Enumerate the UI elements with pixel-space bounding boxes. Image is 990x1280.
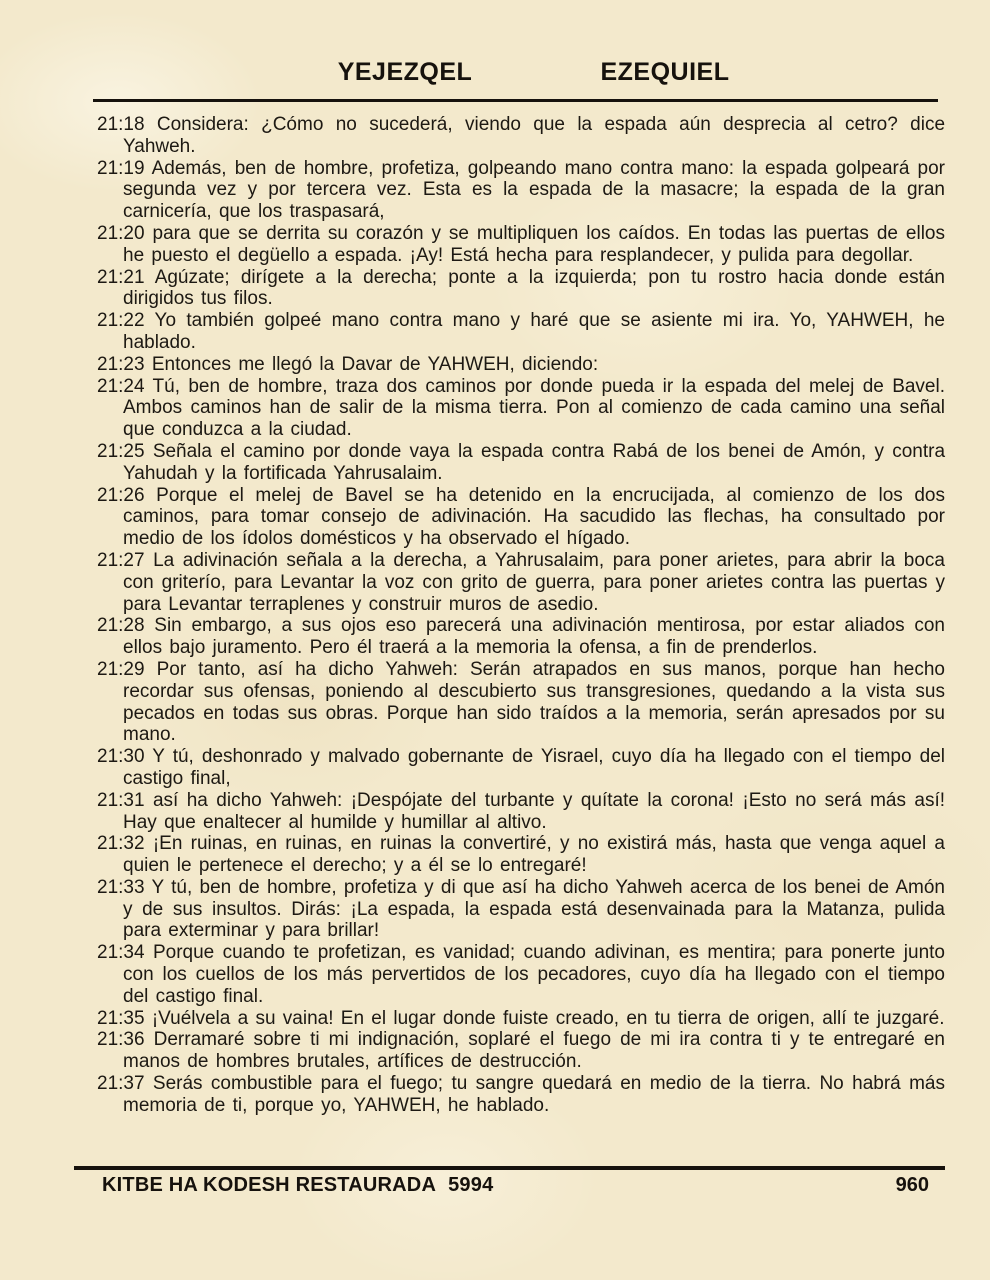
verse-number: 21:29 — [97, 659, 145, 680]
verse: 21:33 Y tú, ben de hombre, profetiza y d… — [97, 877, 945, 942]
verse-number: 21:31 — [97, 790, 145, 811]
verse-text: La adivinación señala a la derecha, a Ya… — [123, 550, 945, 615]
verse-number: 21:26 — [97, 485, 145, 506]
verse-text: ¡Vuélvela a su vaina! En el lugar donde … — [152, 1008, 945, 1029]
verse-text: Y tú, ben de hombre, profetiza y di que … — [123, 877, 945, 942]
footer-year: 5994 — [448, 1174, 493, 1196]
verse: 21:23 Entonces me llegó la Davar de YAHW… — [97, 354, 945, 376]
verse-text: así ha dicho Yahweh: ¡Despójate del turb… — [123, 790, 945, 833]
verse: 21:21 Agúzate; dirígete a la derecha; po… — [97, 267, 945, 311]
verse-text: Considera: ¿Cómo no sucederá, viendo que… — [123, 114, 945, 157]
verse-number: 21:19 — [97, 158, 145, 179]
verse-number: 21:24 — [97, 376, 145, 397]
verse-number: 21:21 — [97, 267, 145, 288]
verse-number: 21:23 — [97, 354, 145, 375]
verse-text: Por tanto, así ha dicho Yahweh: Serán at… — [123, 659, 945, 745]
verse: 21:34 Porque cuando te profetizan, es va… — [97, 942, 945, 1007]
verse-number: 21:27 — [97, 550, 145, 571]
header-rule — [93, 99, 938, 102]
verse-number: 21:36 — [97, 1029, 145, 1050]
verse: 21:24 Tú, ben de hombre, traza dos camin… — [97, 376, 945, 441]
verse: 21:20 para que se derrita su corazón y s… — [97, 223, 945, 267]
verse-number: 21:33 — [97, 877, 145, 898]
book-title-text: KITBE HA KODESH RESTAURADA — [102, 1174, 436, 1196]
verse: 21:29 Por tanto, así ha dicho Yahweh: Se… — [97, 659, 945, 746]
verse: 21:18 Considera: ¿Cómo no sucederá, vien… — [97, 114, 945, 158]
verse-text: Sin embargo, a sus ojos eso parecerá una… — [123, 615, 945, 658]
verse-number: 21:20 — [97, 223, 145, 244]
verse-number: 21:28 — [97, 615, 145, 636]
verse-text: ¡En ruinas, en ruinas, en ruinas la conv… — [123, 833, 945, 876]
verse-text: para que se derrita su corazón y se mult… — [123, 223, 945, 266]
verse-text-block: 21:18 Considera: ¿Cómo no sucederá, vien… — [97, 114, 945, 1117]
verse-number: 21:18 — [97, 114, 145, 135]
verse-text: Porque el melej de Bavel se ha detenido … — [123, 485, 945, 550]
verse: 21:31 así ha dicho Yahweh: ¡Despójate de… — [97, 790, 945, 834]
verse-text: Además, ben de hombre, profetiza, golpea… — [123, 158, 945, 223]
verse-number: 21:30 — [97, 746, 145, 767]
verse: 21:19 Además, ben de hombre, profetiza, … — [97, 158, 945, 223]
verse: 21:32 ¡En ruinas, en ruinas, en ruinas l… — [97, 833, 945, 877]
footer-book-title: KITBE HA KODESH RESTAURADA5994 — [74, 1174, 493, 1197]
verse-number: 21:25 — [97, 441, 145, 462]
verse-number: 21:35 — [97, 1008, 145, 1029]
verse: 21:28 Sin embargo, a sus ojos eso parece… — [97, 615, 945, 659]
verse-number: 21:22 — [97, 310, 145, 331]
verse-number: 21:34 — [97, 942, 145, 963]
verse: 21:26 Porque el melej de Bavel se ha det… — [97, 485, 945, 550]
verse-number: 21:32 — [97, 833, 145, 854]
verse: 21:36 Derramaré sobre ti mi indignación,… — [97, 1029, 945, 1073]
verse-text: Derramaré sobre ti mi indignación, sopla… — [123, 1029, 945, 1072]
verse-text: Señala el camino por donde vaya la espad… — [123, 441, 945, 484]
verse-text: Tú, ben de hombre, traza dos caminos por… — [123, 376, 945, 441]
verse: 21:22 Yo también golpeé mano contra mano… — [97, 310, 945, 354]
verse-text: Agúzate; dirígete a la derecha; ponte a … — [123, 267, 945, 310]
page-footer: KITBE HA KODESH RESTAURADA5994 960 — [74, 1174, 945, 1197]
page-header: YEJEZQEL EZEQUIEL — [95, 58, 945, 92]
verse: 21:30 Y tú, deshonrado y malvado goberna… — [97, 746, 945, 790]
page-title-transliterated: YEJEZQEL — [305, 58, 505, 87]
footer-rule — [74, 1166, 945, 1170]
verse-text: Entonces me llegó la Davar de YAHWEH, di… — [152, 354, 598, 375]
verse: 21:27 La adivinación señala a la derecha… — [97, 550, 945, 615]
verse: 21:35 ¡Vuélvela a su vaina! En el lugar … — [97, 1008, 945, 1030]
page-number: 960 — [896, 1174, 945, 1197]
verse: 21:37 Serás combustible para el fuego; t… — [97, 1073, 945, 1117]
verse-text: Porque cuando te profetizan, es vanidad;… — [123, 942, 945, 1007]
verse-text: Yo también golpeé mano contra mano y har… — [123, 310, 945, 353]
scanned-page: YEJEZQEL EZEQUIEL 21:18 Considera: ¿Cómo… — [0, 0, 990, 1280]
verse-text: Serás combustible para el fuego; tu sang… — [123, 1073, 945, 1116]
verse: 21:25 Señala el camino por donde vaya la… — [97, 441, 945, 485]
page-title-spanish: EZEQUIEL — [565, 58, 765, 87]
verse-text: Y tú, deshonrado y malvado gobernante de… — [123, 746, 945, 789]
verse-number: 21:37 — [97, 1073, 145, 1094]
